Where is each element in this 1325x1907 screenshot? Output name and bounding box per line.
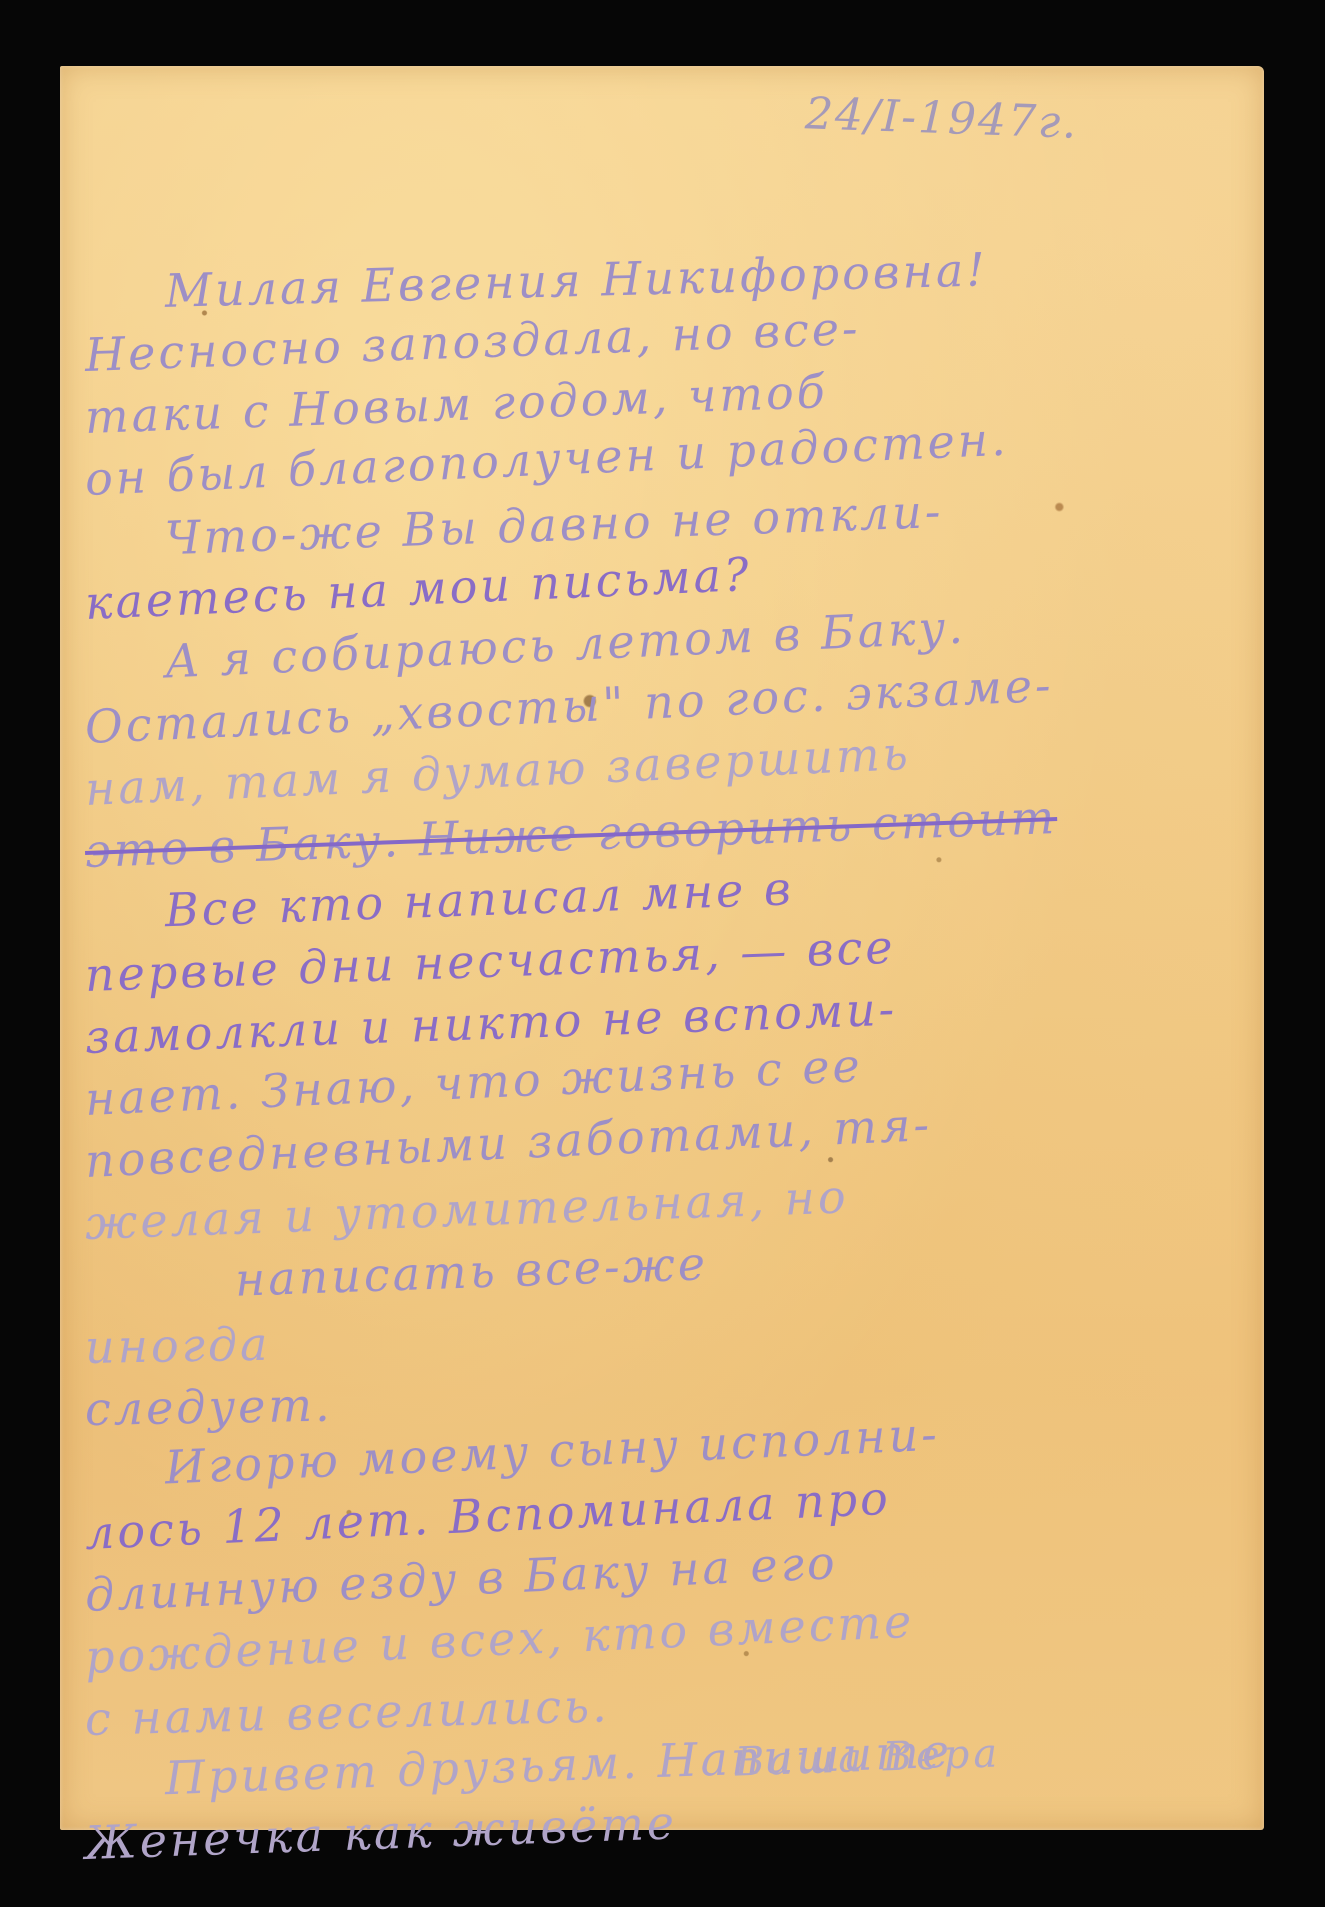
signature: Ваша Вера [734,1730,1002,1785]
letter-date: 24/I-1947г. [804,88,1079,149]
letter-body: Милая Евгения Никифоровна! Несносно запо… [85,262,1235,1874]
